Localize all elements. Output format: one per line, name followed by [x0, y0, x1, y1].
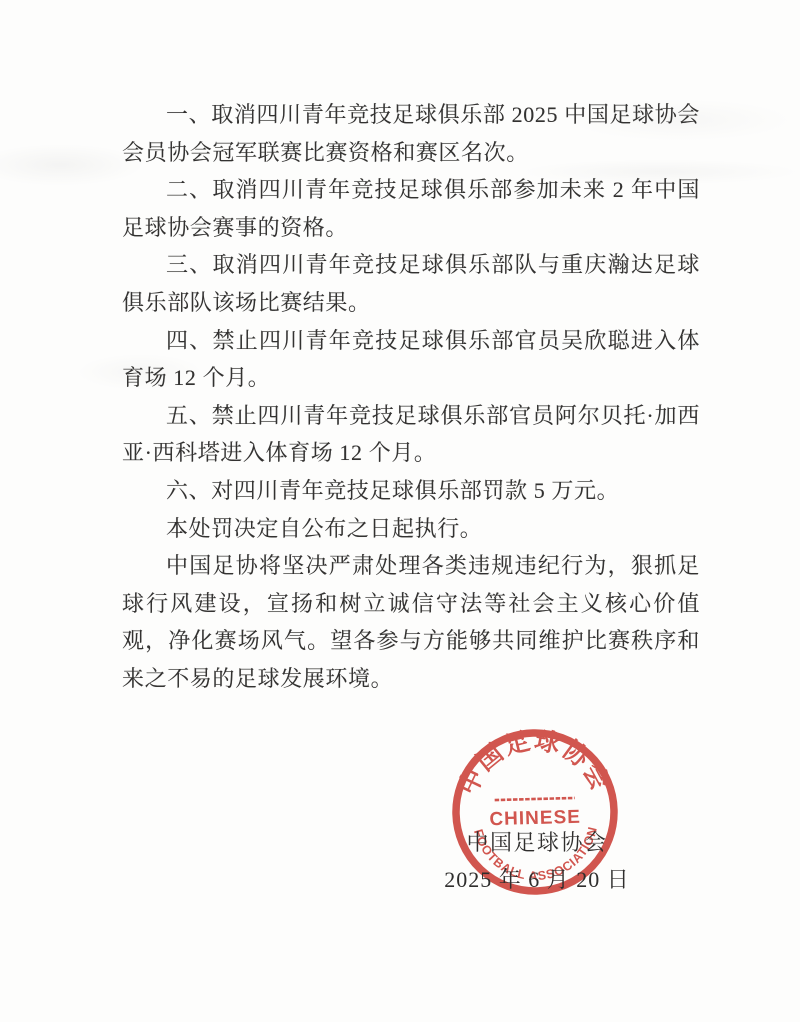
body-paragraph: 一、取消四川青年竞技足球俱乐部 2025 中国足球协会会员协会冠军联赛比赛资格和… — [122, 96, 700, 171]
signature-date: 2025 年 6 月 20 日 — [434, 863, 640, 894]
document-page: 一、取消四川青年竞技足球俱乐部 2025 中国足球协会会员协会冠军联赛比赛资格和… — [0, 0, 800, 1022]
signature-organization: 中国足球协会 — [437, 826, 637, 857]
body-paragraph: 四、禁止四川青年竞技足球俱乐部官员吴欣聪进入体育场 12 个月。 — [122, 322, 700, 397]
body-paragraph: 六、对四川青年竞技足球俱乐部罚款 5 万元。 — [122, 472, 700, 510]
document-body: 一、取消四川青年竞技足球俱乐部 2025 中国足球协会会员协会冠军联赛比赛资格和… — [122, 96, 700, 698]
body-paragraph: 中国足协将坚决严肃处理各类违规违纪行为，狠抓足球行风建设，宣扬和树立诚信守法等社… — [122, 547, 700, 697]
body-paragraph: 五、禁止四川青年竞技足球俱乐部官员阿尔贝托·加西亚·西科塔进入体育场 12 个月… — [122, 397, 700, 472]
seal-microtext-line — [495, 798, 575, 800]
body-paragraph: 三、取消四川青年竞技足球俱乐部队与重庆瀚达足球俱乐部队该场比赛结果。 — [122, 246, 700, 321]
body-paragraph: 本处罚决定自公布之日起执行。 — [122, 510, 700, 548]
body-paragraph: 二、取消四川青年竞技足球俱乐部参加未来 2 年中国足球协会赛事的资格。 — [122, 171, 700, 246]
